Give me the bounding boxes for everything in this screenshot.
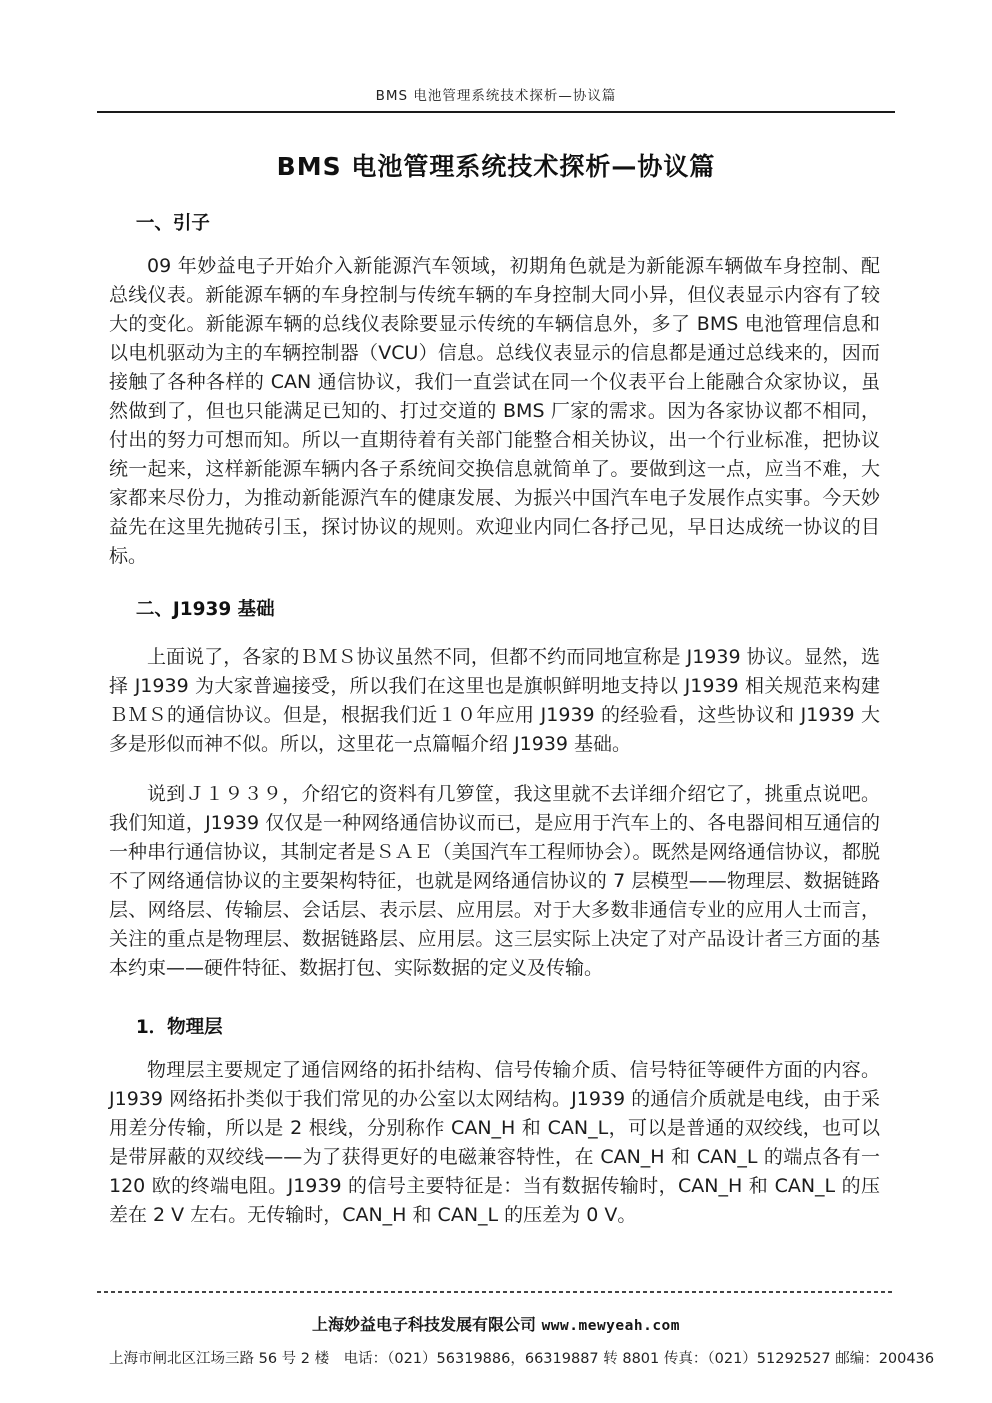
footnote-separator	[97, 1291, 895, 1293]
section-heading-physical-layer: 1．物理层	[109, 1016, 880, 1040]
footer-address-line: 上海市闸北区江场三路 56 号 2 楼 电话：（021）56319886，663…	[109, 1347, 887, 1368]
document-title: BMS 电池管理系统技术探析—协议篇	[0, 147, 992, 183]
running-head-text: BMS 电池管理系统技术探析—协议篇	[376, 88, 617, 104]
section-heading-j1939-basics: 二、J1939 基础	[109, 598, 880, 622]
paragraph-intro-1: 09 年妙益电子开始介入新能源汽车领域，初期角色就是为新能源车辆做车身控制、配总…	[109, 252, 880, 571]
section-heading-intro: 一、引子	[109, 212, 880, 236]
page-header: BMS 电池管理系统技术探析—协议篇	[97, 84, 895, 113]
company-name: 上海妙益电子科技发展有限公司	[312, 1315, 536, 1334]
document-body: 一、引子 09 年妙益电子开始介入新能源汽车领域，初期角色就是为新能源车辆做车身…	[109, 212, 880, 1230]
paragraph-j1939-2: 说到Ｊ１９３９，介绍它的资料有几箩筐，我这里就不去详细介绍它了，挑重点说吧。我们…	[109, 780, 880, 983]
paragraph-j1939-1: 上面说了，各家的ＢＭＳ协议虽然不同，但都不约而同地宣称是 J1939 协议。显然…	[109, 643, 880, 759]
paragraph-physical-layer-1: 物理层主要规定了通信网络的拓扑结构、信号传输介质、信号特征等硬件方面的内容。J1…	[109, 1056, 880, 1230]
footer-company-line: 上海妙益电子科技发展有限公司 www.mewyeah.com	[0, 1312, 992, 1335]
company-website: www.mewyeah.com	[542, 1318, 680, 1334]
